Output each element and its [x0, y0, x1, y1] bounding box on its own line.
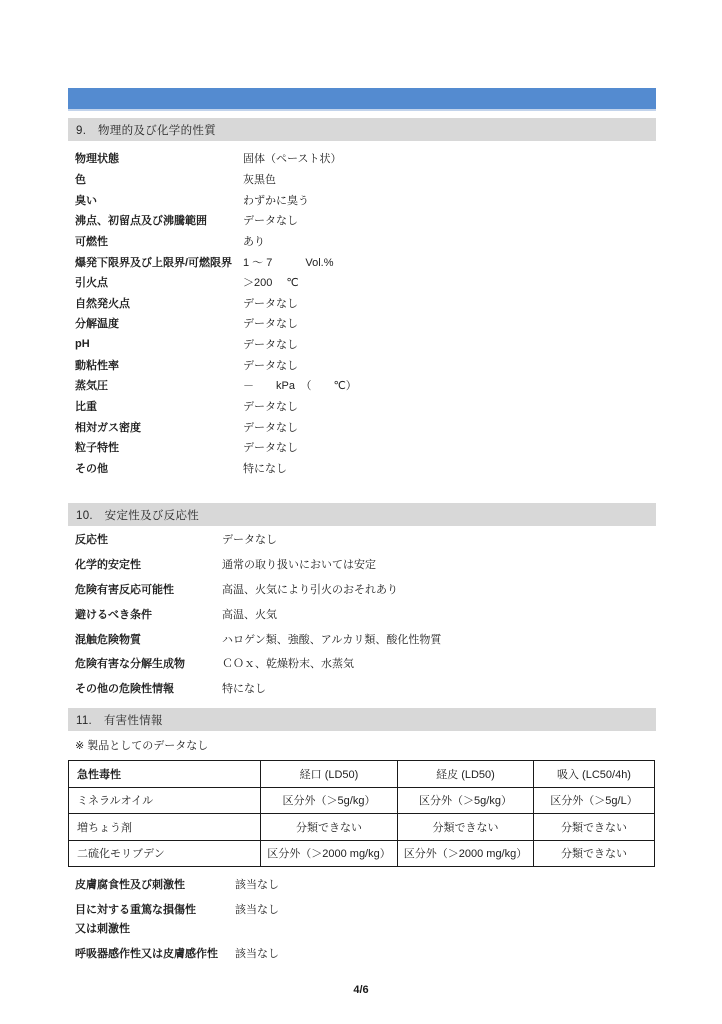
sds-document-page: 9. 物理的及び化学的性質 物理状態固体（ペースト状） 色灰黒色 臭いわずかに臭… [0, 0, 722, 1024]
property-row: その他特になし [68, 458, 656, 479]
property-label: 可燃性 [75, 233, 243, 249]
property-value: 特になし [222, 680, 266, 696]
property-row: 沸点、初留点及び沸騰範囲データなし [68, 210, 656, 231]
property-value: データなし [222, 531, 277, 547]
property-row: 反応性データなし [68, 527, 656, 552]
property-row: 混触危険物質ハロゲン類、強酸、アルカリ類、酸化性物質 [68, 626, 656, 651]
property-label: pH [75, 338, 243, 350]
property-label: 動粘性率 [75, 357, 243, 373]
property-label: 皮膚腐食性及び刺激性 [75, 876, 235, 895]
property-value: データなし [243, 357, 298, 373]
property-row: 自然発火点データなし [68, 292, 656, 313]
property-label: 反応性 [75, 531, 222, 547]
property-row: 粒子特性データなし [68, 437, 656, 458]
property-value: データなし [243, 419, 298, 435]
property-label: 引火点 [75, 274, 243, 290]
table-header-row: 急性毒性 経口 (LD50) 経皮 (LD50) 吸入 (LC50/4h) [69, 761, 655, 788]
property-row: 分解温度データなし [68, 313, 656, 334]
top-accent-bar [68, 88, 656, 111]
property-value: データなし [243, 398, 298, 414]
property-label: 自然発火点 [75, 295, 243, 311]
property-value: 該当なし [235, 945, 279, 964]
section-9-title: 9. 物理的及び化学的性質 [76, 122, 216, 138]
section-11-title: 11. 有害性情報 [76, 712, 163, 728]
table-cell: 区分外（＞5g/kg） [261, 787, 398, 814]
property-value: 該当なし [235, 901, 279, 920]
table-cell: 二硫化モリブデン [69, 840, 261, 867]
property-row: 皮膚腐食性及び刺激性該当なし [68, 876, 656, 895]
property-row: pHデータなし [68, 334, 656, 355]
table-cell: 分類できない [534, 814, 655, 841]
property-row: 化学的安定性通常の取り扱いにおいては安定 [68, 552, 656, 577]
property-label: その他の危険性情報 [75, 680, 222, 696]
property-value: 通常の取り扱いにおいては安定 [222, 556, 376, 572]
section-10-properties: 反応性データなし 化学的安定性通常の取り扱いにおいては安定 危険有害反応可能性高… [68, 527, 656, 701]
property-label: 爆発下限界及び上限界/可燃限界 [75, 254, 243, 270]
property-row: 爆発下限界及び上限界/可燃限界1 ～ 7 Vol.% [68, 251, 656, 272]
acute-toxicity-table-wrap: 急性毒性 経口 (LD50) 経皮 (LD50) 吸入 (LC50/4h) ミネ… [68, 760, 656, 867]
property-value: 1 ～ 7 Vol.% [243, 254, 333, 270]
property-row: その他の危険性情報特になし [68, 676, 656, 701]
property-row: 動粘性率データなし [68, 354, 656, 375]
table-cell: 区分外（＞5g/kg） [398, 787, 534, 814]
property-label: 物理状態 [75, 150, 243, 166]
property-label: その他 [75, 460, 243, 476]
table-cell: 区分外（＞2000 mg/kg） [398, 840, 534, 867]
table-row: 二硫化モリブデン 区分外（＞2000 mg/kg） 区分外（＞2000 mg/k… [69, 840, 655, 867]
table-cell: 区分外（＞5g/L） [534, 787, 655, 814]
property-value: － kPa （ ℃） [243, 377, 357, 393]
table-header-cell: 吸入 (LC50/4h) [534, 761, 655, 788]
property-value: データなし [243, 315, 298, 331]
property-value: 該当なし [235, 876, 279, 895]
acute-toxicity-table: 急性毒性 経口 (LD50) 経皮 (LD50) 吸入 (LC50/4h) ミネ… [68, 760, 655, 867]
property-label: 混触危険物質 [75, 631, 222, 647]
table-header-cell: 経口 (LD50) [261, 761, 398, 788]
property-label: 色 [75, 171, 243, 187]
property-value: 灰黒色 [243, 171, 276, 187]
property-label: 危険有害な分解生成物 [75, 655, 222, 671]
table-cell: ミネラルオイル [69, 787, 261, 814]
property-row: 相対ガス密度データなし [68, 416, 656, 437]
table-cell: 分類できない [534, 840, 655, 867]
table-cell: 区分外（＞2000 mg/kg） [261, 840, 398, 867]
table-row: ミネラルオイル 区分外（＞5g/kg） 区分外（＞5g/kg） 区分外（＞5g/… [69, 787, 655, 814]
property-label: 危険有害反応可能性 [75, 581, 222, 597]
property-row: 臭いわずかに臭う [68, 189, 656, 210]
property-row: 蒸気圧－ kPa （ ℃） [68, 375, 656, 396]
property-value: 特になし [243, 460, 287, 476]
property-label: 目に対する重篤な損傷性 又は刺激性 [75, 901, 235, 939]
property-label: 粒子特性 [75, 439, 243, 455]
property-row: 引火点＞200 ℃ [68, 272, 656, 293]
property-row: 比重データなし [68, 396, 656, 417]
property-row: 可燃性あり [68, 231, 656, 252]
section-10-header: 10. 安定性及び反応性 [68, 503, 656, 526]
property-row: 目に対する重篤な損傷性 又は刺激性該当なし [68, 901, 656, 939]
table-cell: 分類できない [261, 814, 398, 841]
property-value: データなし [243, 295, 298, 311]
table-row: 増ちょう剤 分類できない 分類できない 分類できない [69, 814, 655, 841]
property-label: 蒸気圧 [75, 377, 243, 393]
property-value: ハロゲン類、強酸、アルカリ類、酸化性物質 [222, 631, 441, 647]
section-11-header: 11. 有害性情報 [68, 708, 656, 731]
hazard-item-list: 皮膚腐食性及び刺激性該当なし 目に対する重篤な損傷性 又は刺激性該当なし 呼吸器… [68, 876, 656, 964]
section-10-title: 10. 安定性及び反応性 [76, 507, 199, 523]
property-value: あり [243, 233, 265, 249]
hazard-note: ※ 製品としてのデータなし [68, 737, 656, 753]
property-value: データなし [243, 212, 298, 228]
property-label: 避けるべき条件 [75, 606, 222, 622]
property-label: 沸点、初留点及び沸騰範囲 [75, 212, 243, 228]
property-value: データなし [243, 336, 298, 352]
property-value: ＣＯｘ、乾燥粉末、水蒸気 [222, 655, 354, 671]
property-label: 化学的安定性 [75, 556, 222, 572]
property-row: 危険有害反応可能性高温、火気により引火のおそれあり [68, 577, 656, 602]
property-value: 固体（ペースト状） [243, 150, 341, 166]
property-label: 呼吸器感作性又は皮膚感作性 [75, 945, 235, 964]
table-cell: 分類できない [398, 814, 534, 841]
property-label: 分解温度 [75, 315, 243, 331]
property-value: わずかに臭う [243, 192, 309, 208]
table-header-cell: 経皮 (LD50) [398, 761, 534, 788]
property-label: 比重 [75, 398, 243, 414]
property-label: 臭い [75, 192, 243, 208]
property-value: データなし [243, 439, 298, 455]
table-header-cell: 急性毒性 [69, 761, 261, 788]
property-value: 高温、火気 [222, 606, 277, 622]
property-label: 相対ガス密度 [75, 419, 243, 435]
property-row: 危険有害な分解生成物ＣＯｘ、乾燥粉末、水蒸気 [68, 651, 656, 676]
property-row: 色灰黒色 [68, 169, 656, 190]
property-row: 呼吸器感作性又は皮膚感作性該当なし [68, 945, 656, 964]
table-cell: 増ちょう剤 [69, 814, 261, 841]
section-9-header: 9. 物理的及び化学的性質 [68, 118, 656, 141]
section-9-properties: 物理状態固体（ペースト状） 色灰黒色 臭いわずかに臭う 沸点、初留点及び沸騰範囲… [68, 148, 656, 478]
property-value: ＞200 ℃ [243, 274, 299, 290]
property-value: 高温、火気により引火のおそれあり [222, 581, 398, 597]
page-number: 4/6 [0, 984, 722, 996]
property-row: 避けるべき条件高温、火気 [68, 601, 656, 626]
property-row: 物理状態固体（ペースト状） [68, 148, 656, 169]
